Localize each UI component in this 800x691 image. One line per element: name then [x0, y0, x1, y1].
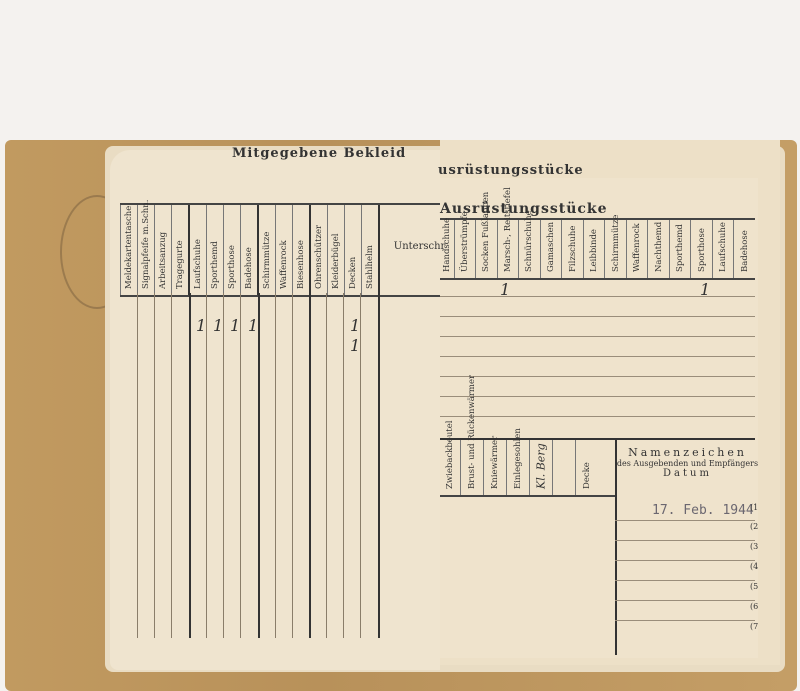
- handwritten-mark: 1: [230, 316, 240, 335]
- col-label: Badehose: [244, 247, 254, 289]
- col-label: Laufschuhe: [718, 222, 728, 272]
- grid-line: [440, 356, 755, 357]
- grid-line: [240, 293, 241, 638]
- grid-line: [309, 293, 311, 638]
- grid-line: [440, 376, 755, 377]
- grid-line: [615, 620, 755, 621]
- row-number: (7: [750, 622, 758, 631]
- col-label: Arbeitsanzug: [158, 232, 168, 289]
- col-label: Laufschuhe: [193, 239, 203, 289]
- col-label: Überstrümpfe: [460, 211, 470, 272]
- grid-line: [258, 293, 260, 638]
- grid-line: [343, 293, 344, 638]
- col-label: Stahlhelm: [365, 245, 375, 289]
- grid-line: [440, 416, 755, 417]
- col-label: Schirmmütze: [262, 232, 272, 289]
- handwritten-mark: 1: [248, 316, 258, 335]
- col-label: Handschuhe: [442, 218, 452, 272]
- grid-line: [615, 560, 755, 561]
- col-label: Badehose: [740, 230, 750, 272]
- handwritten-label: Kl. Berg: [535, 443, 548, 489]
- col-label: Leibbinde: [589, 229, 599, 272]
- col-label: Gamaschen: [546, 222, 556, 272]
- col-label: Sporthose: [697, 228, 707, 272]
- col-label: Sporthose: [227, 245, 237, 289]
- row-number: (5: [750, 582, 758, 591]
- col-label: Waffenrock: [632, 223, 642, 272]
- grid-line: [615, 580, 755, 581]
- col-label: Brust- und Rückenwärmer: [467, 375, 477, 489]
- row-number: (1: [750, 503, 758, 512]
- handwritten-mark: 1: [500, 280, 510, 299]
- col-label: Socken Fußlappen: [481, 192, 491, 272]
- grid-line: [189, 293, 191, 638]
- signature-label: Unterschr: [394, 241, 446, 252]
- col-label: Waffenrock: [279, 240, 289, 289]
- signature-header: Namenzeichen des Ausgebenden und Empfäng…: [615, 440, 760, 495]
- col-label: Ohrenschützer: [314, 225, 324, 289]
- col-label: Biesenhose: [296, 240, 306, 289]
- right-title-top: usrüstungsstücke: [438, 163, 584, 178]
- col-label: Zwiebackbeutel: [445, 421, 455, 489]
- col-label: Meldekartentasche: [124, 206, 134, 289]
- lower-header-row: Zwiebackbeutel Brust- und Rückenwärmer K…: [440, 440, 615, 497]
- grid-line: [378, 293, 380, 638]
- right-header-row: Handschuhe Überstrümpfe Socken Fußlappen…: [440, 218, 755, 280]
- namenzeichen-label: Namenzeichen: [615, 446, 760, 459]
- grid-line: [615, 600, 755, 601]
- grid-line: [206, 293, 207, 638]
- ausgebenden-label: des Ausgebenden und Empfängers: [615, 459, 760, 468]
- datum-label: Datum: [615, 468, 760, 479]
- handwritten-mark: 1: [213, 316, 223, 335]
- col-label: Decken: [348, 257, 358, 289]
- grid-line: [326, 293, 327, 638]
- row-number: (2: [750, 522, 758, 531]
- date-stamp: 17. Feb. 1944: [652, 503, 754, 518]
- col-label: Tragegurte: [175, 240, 185, 289]
- grid-line: [440, 316, 755, 317]
- col-label: Kleiderbügel: [331, 234, 341, 289]
- col-label: Schirmmütze: [611, 215, 621, 272]
- grid-line: [440, 396, 755, 397]
- grid-line: [171, 293, 172, 638]
- grid-line: [223, 293, 224, 638]
- grid-line: [292, 293, 293, 638]
- col-label: Sporthemd: [675, 224, 685, 272]
- handwritten-mark: 1: [700, 280, 710, 299]
- col-label: Kniewärmer: [490, 436, 500, 489]
- row-number: (6: [750, 602, 758, 611]
- left-title: Mitgegebene Bekleid: [232, 146, 406, 161]
- grid-line: [137, 293, 138, 638]
- col-label: Nachthemd: [654, 222, 664, 272]
- grid-line: [440, 336, 755, 337]
- col-label: Signalpfeife m.Schn.: [141, 200, 151, 289]
- col-label: Schnürschuhe: [524, 210, 534, 272]
- col-label: Filzschuhe: [568, 226, 578, 272]
- row-number: (4: [750, 562, 758, 571]
- left-header-row: Meldekartentasche Signalpfeife m.Schn. A…: [120, 203, 440, 297]
- handwritten-mark: 1: [350, 316, 360, 335]
- grid-line: [615, 540, 755, 541]
- grid-line: [275, 293, 276, 638]
- grid-line: [154, 293, 155, 638]
- col-label: Marsch-, Reitstiefel: [503, 187, 513, 272]
- grid-line: [615, 520, 755, 521]
- handwritten-mark: 1: [196, 316, 206, 335]
- col-label: Einlegesohlen: [513, 428, 523, 489]
- row-number: (3: [750, 542, 758, 551]
- col-label: Decke: [582, 462, 592, 489]
- handwritten-mark: 1: [350, 336, 360, 355]
- col-label: Sporthemd: [210, 241, 220, 289]
